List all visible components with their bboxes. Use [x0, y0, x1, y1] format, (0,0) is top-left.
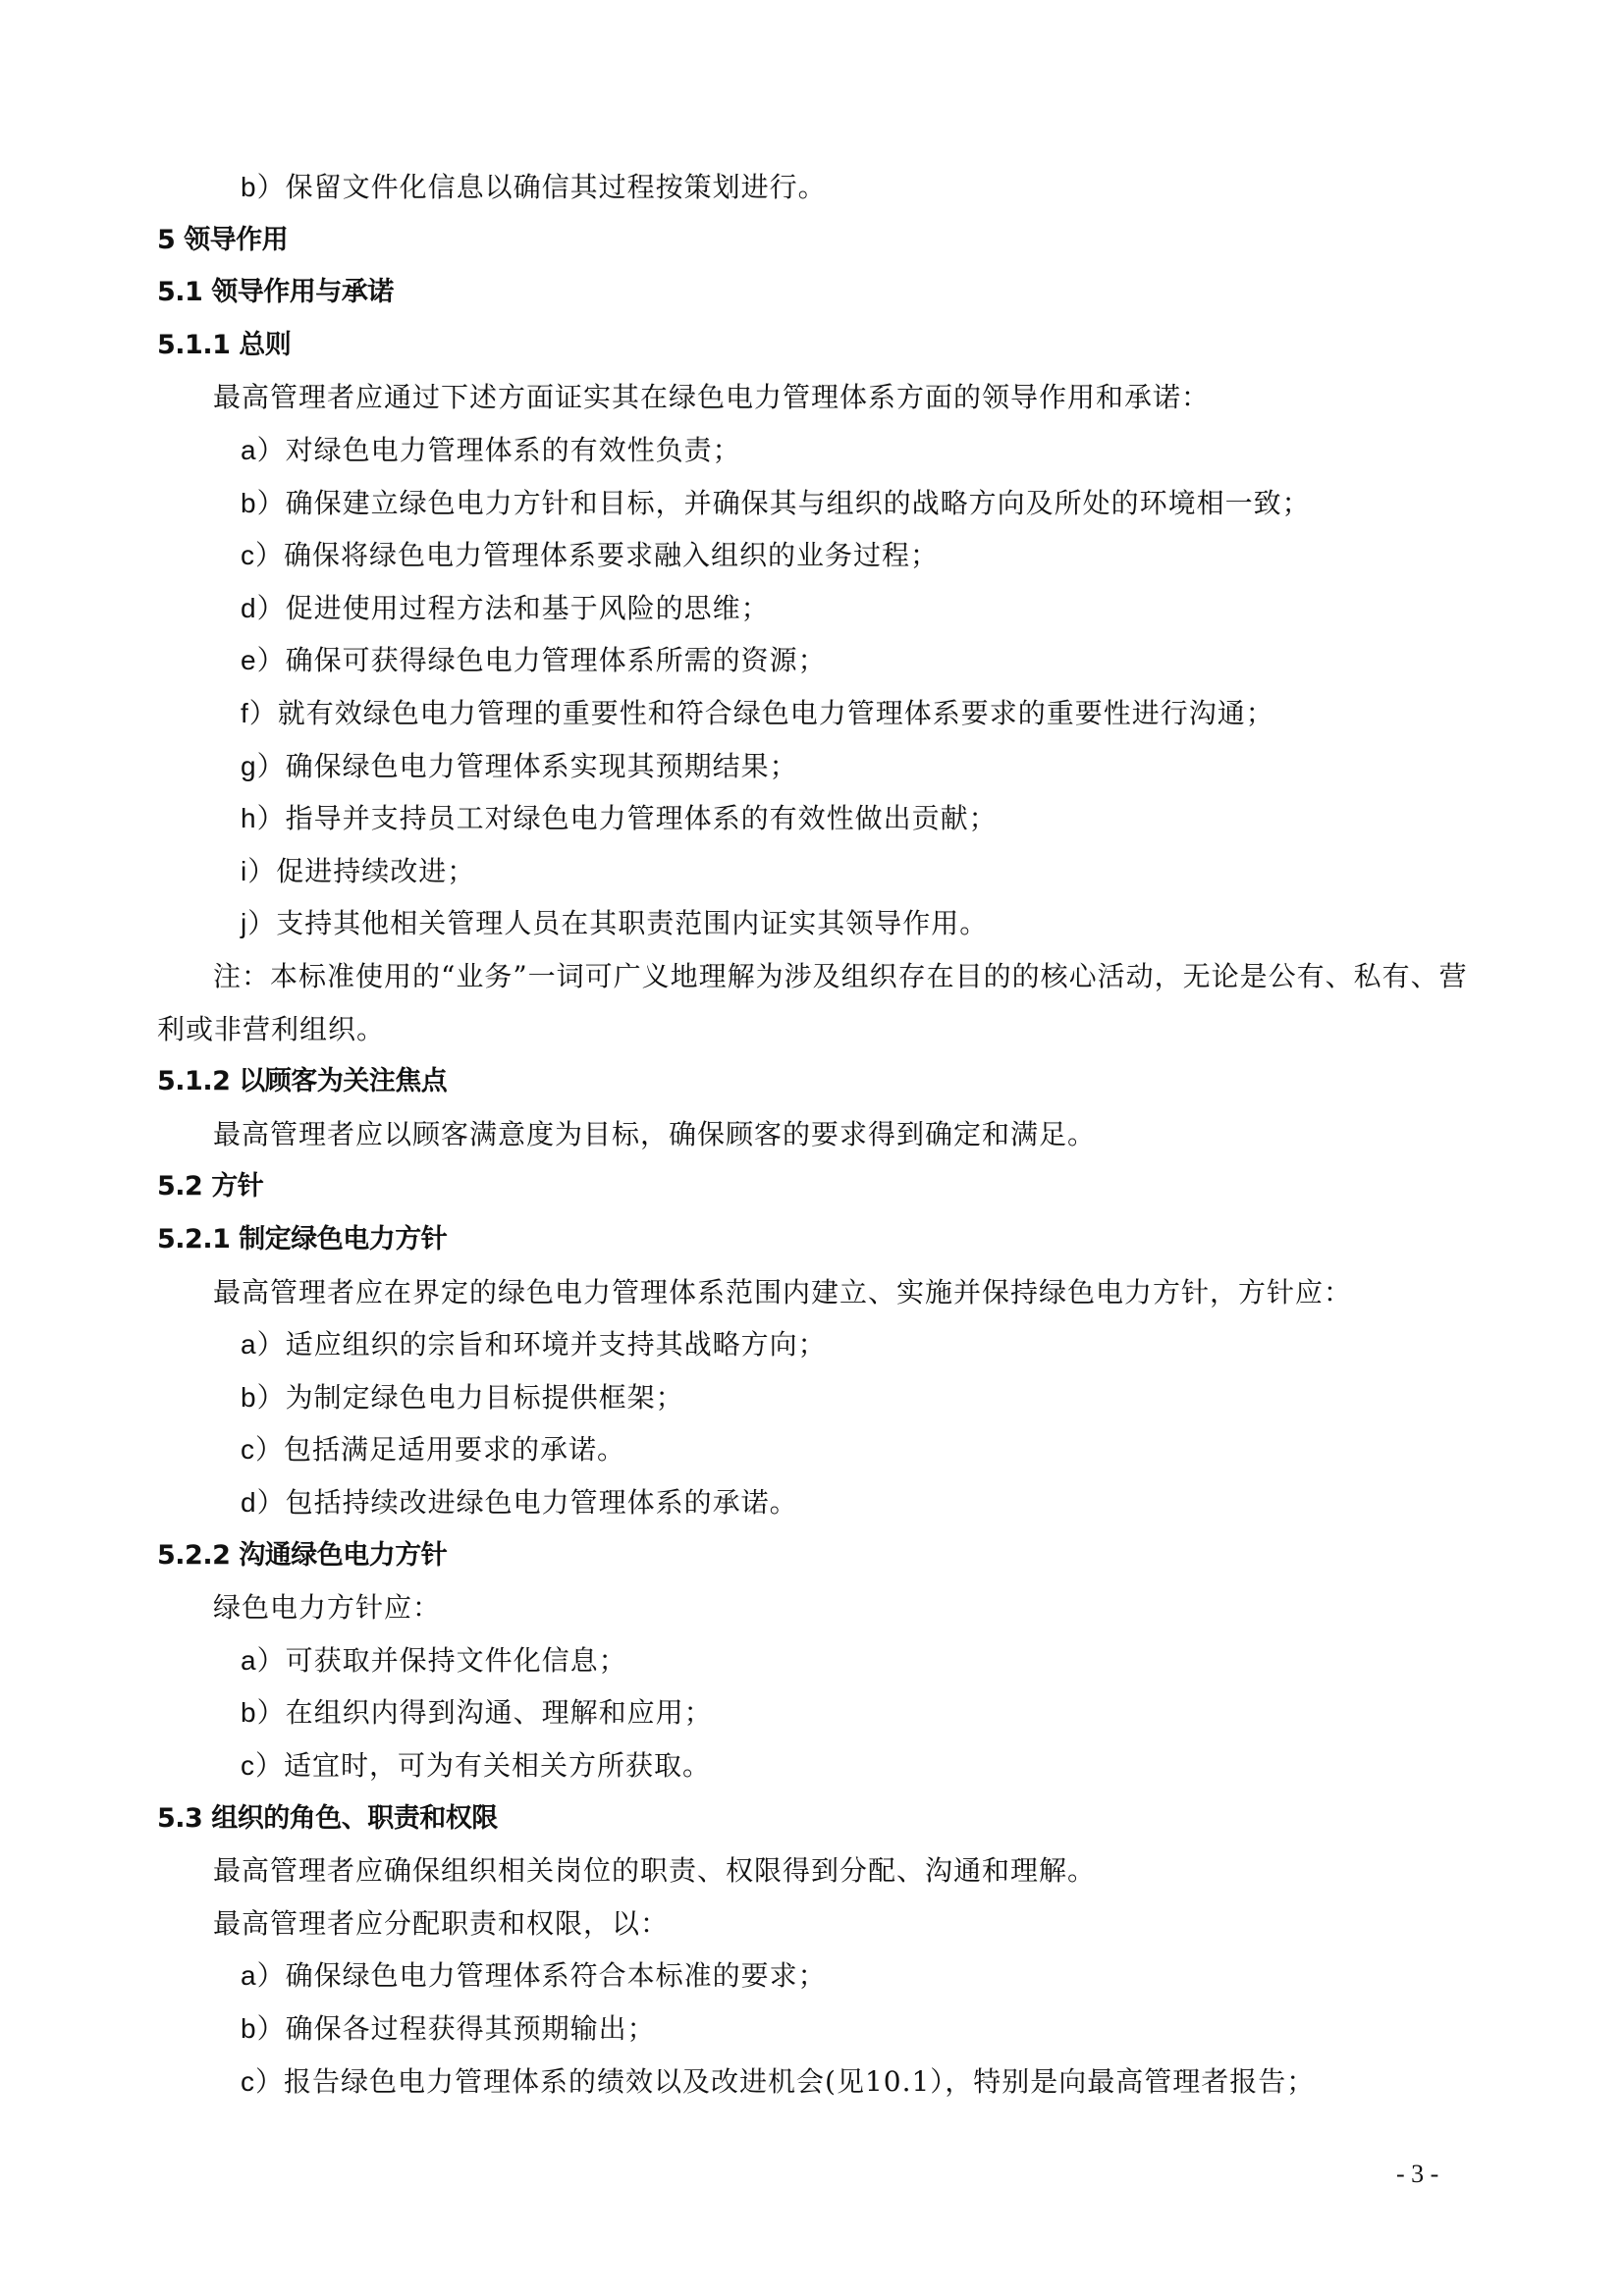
- list-item: b）保留文件化信息以确信其过程按策划进行。: [241, 171, 827, 204]
- list-item-text: 适应组织的宗旨和环境并支持其战略方向；: [286, 1328, 827, 1361]
- list-marker: c）: [241, 1750, 284, 1781]
- list-marker: j）: [241, 908, 276, 938]
- list-item: b）在组织内得到沟通、理解和应用；: [241, 1696, 713, 1730]
- list-marker: i）: [241, 856, 276, 886]
- section-heading: 5 领导作用: [157, 224, 288, 257]
- list-item: a）确保绿色电力管理体系符合本标准的要求；: [241, 1959, 827, 1993]
- list-item-text: 在组织内得到沟通、理解和应用；: [286, 1696, 713, 1729]
- paragraph: 最高管理者应在界定的绿色电力管理体系范围内建立、实施并保持绿色电力方针，方针应：: [213, 1276, 1352, 1309]
- list-item-text: 确保将绿色电力管理体系要求融入组织的业务过程；: [284, 539, 939, 571]
- list-item: h）指导并支持员工对绿色电力管理体系的有效性做出贡献；: [241, 802, 998, 835]
- list-item-text: 确保各过程获得其预期输出；: [286, 2012, 656, 2045]
- list-marker: h）: [241, 803, 286, 833]
- paragraph: 注：本标准使用的“业务”一词可广义地理解为涉及组织存在目的的核心活动，无论是公有…: [213, 960, 1468, 993]
- list-item-text: 指导并支持员工对绿色电力管理体系的有效性做出贡献；: [286, 802, 998, 834]
- list-item: a）对绿色电力管理体系的有效性负责；: [241, 434, 741, 467]
- list-marker: d）: [241, 593, 286, 623]
- section-heading: 5.2.1 制定绿色电力方针: [157, 1223, 447, 1256]
- list-item-text: 确保绿色电力管理体系符合本标准的要求；: [286, 1959, 827, 1992]
- list-item: a）适应组织的宗旨和环境并支持其战略方向；: [241, 1328, 827, 1362]
- list-marker: a）: [241, 435, 286, 465]
- section-heading: 5.3 组织的角色、职责和权限: [157, 1802, 498, 1836]
- list-marker: a）: [241, 1329, 286, 1360]
- list-item: g）确保绿色电力管理体系实现其预期结果；: [241, 750, 798, 783]
- section-heading: 5.1.2 以顾客为关注焦点: [157, 1065, 447, 1098]
- list-item-text: 对绿色电力管理体系的有效性负责；: [286, 434, 741, 466]
- list-item: c）报告绿色电力管理体系的绩效以及改进机会(见10.1），特别是向最高管理者报告…: [241, 2065, 1315, 2099]
- list-item-text: 保留文件化信息以确信其过程按策划进行。: [286, 171, 827, 203]
- list-item-text: 包括满足适用要求的承诺。: [284, 1433, 625, 1466]
- list-item-text: 可获取并保持文件化信息；: [286, 1644, 627, 1677]
- list-item-text: 就有效绿色电力管理的重要性和符合绿色电力管理体系要求的重要性进行沟通；: [278, 697, 1274, 729]
- section-heading: 5.2 方针: [157, 1170, 263, 1203]
- list-item: i）促进持续改进；: [241, 855, 475, 888]
- list-item: b）为制定绿色电力目标提供框架；: [241, 1381, 684, 1415]
- paragraph: 最高管理者应通过下述方面证实其在绿色电力管理体系方面的领导作用和承诺：: [213, 381, 1210, 414]
- list-item: d）促进使用过程方法和基于风险的思维；: [241, 592, 770, 625]
- list-item: c）包括满足适用要求的承诺。: [241, 1433, 625, 1467]
- paragraph: 最高管理者应以顾客满意度为目标，确保顾客的要求得到确定和满足。: [213, 1118, 1096, 1151]
- paragraph: 绿色电力方针应：: [213, 1591, 441, 1625]
- list-item: f）就有效绿色电力管理的重要性和符合绿色电力管理体系要求的重要性进行沟通；: [241, 697, 1274, 730]
- list-item: c）适宜时，可为有关相关方所获取。: [241, 1749, 711, 1783]
- list-marker: g）: [241, 751, 286, 781]
- list-item: a）可获取并保持文件化信息；: [241, 1644, 627, 1678]
- list-marker: b）: [241, 172, 286, 202]
- paragraph: 最高管理者应确保组织相关岗位的职责、权限得到分配、沟通和理解。: [213, 1854, 1096, 1888]
- list-marker: d）: [241, 1487, 286, 1518]
- paragraph-continuation: 利或非营利组织。: [157, 1013, 385, 1046]
- list-item: j）支持其他相关管理人员在其职责范围内证实其领导作用。: [241, 907, 988, 940]
- list-item-text: 确保建立绿色电力方针和目标，并确保其与组织的战略方向及所处的环境相一致；: [286, 487, 1311, 519]
- list-marker: e）: [241, 645, 286, 675]
- list-marker: b）: [241, 488, 286, 518]
- list-item-text: 促进使用过程方法和基于风险的思维；: [286, 592, 770, 624]
- list-marker: b）: [241, 1697, 286, 1728]
- section-heading: 5.1.1 总则: [157, 329, 291, 362]
- list-item: c）确保将绿色电力管理体系要求融入组织的业务过程；: [241, 539, 939, 572]
- section-heading: 5.1 领导作用与承诺: [157, 276, 394, 309]
- paragraph: 最高管理者应分配职责和权限，以：: [213, 1907, 669, 1941]
- list-marker: a）: [241, 1645, 286, 1676]
- list-item-text: 确保可获得绿色电力管理体系所需的资源；: [286, 644, 827, 676]
- page-number: - 3 -: [1396, 2160, 1438, 2189]
- list-item: b）确保建立绿色电力方针和目标，并确保其与组织的战略方向及所处的环境相一致；: [241, 487, 1311, 520]
- list-marker: c）: [241, 1434, 284, 1465]
- list-item-text: 支持其他相关管理人员在其职责范围内证实其领导作用。: [276, 907, 988, 939]
- list-item-text: 报告绿色电力管理体系的绩效以及改进机会(见10.1），特别是向最高管理者报告；: [284, 2065, 1315, 2098]
- section-heading: 5.2.2 沟通绿色电力方针: [157, 1539, 447, 1573]
- list-marker: b）: [241, 2013, 286, 2044]
- list-item-text: 为制定绿色电力目标提供框架；: [286, 1381, 684, 1414]
- list-item: e）确保可获得绿色电力管理体系所需的资源；: [241, 644, 827, 677]
- document-page: b）保留文件化信息以确信其过程按策划进行。5 领导作用5.1 领导作用与承诺5.…: [0, 0, 1624, 2296]
- list-item: b）确保各过程获得其预期输出；: [241, 2012, 656, 2046]
- list-marker: c）: [241, 2066, 284, 2097]
- list-item: d）包括持续改进绿色电力管理体系的承诺。: [241, 1486, 798, 1520]
- list-item-text: 适宜时，可为有关相关方所获取。: [284, 1749, 711, 1782]
- list-marker: b）: [241, 1382, 286, 1413]
- list-item-text: 促进持续改进；: [276, 855, 475, 887]
- list-marker: a）: [241, 1960, 286, 1991]
- list-marker: c）: [241, 540, 284, 570]
- list-marker: f）: [241, 698, 278, 728]
- list-item-text: 确保绿色电力管理体系实现其预期结果；: [286, 750, 798, 782]
- list-item-text: 包括持续改进绿色电力管理体系的承诺。: [286, 1486, 798, 1519]
